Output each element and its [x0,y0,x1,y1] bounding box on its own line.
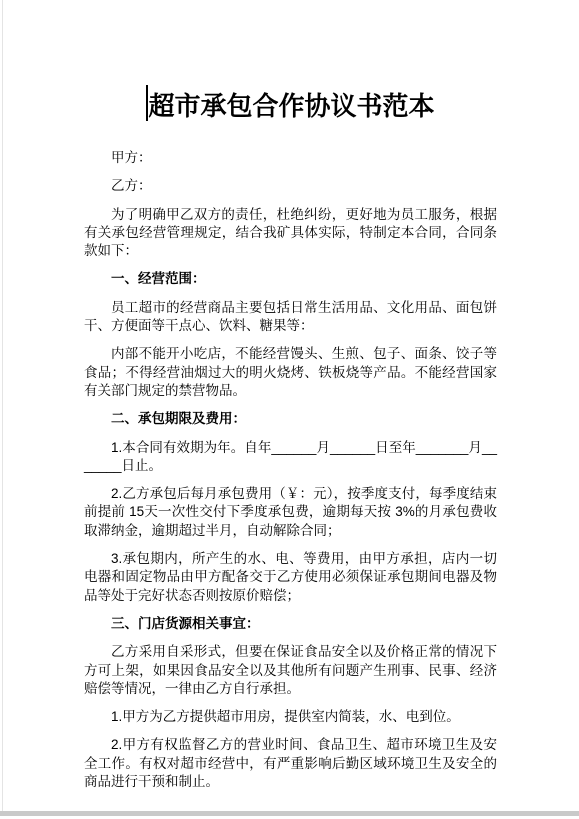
document-title[interactable]: 超市承包合作协议书范本 [84,85,497,123]
section-2-clause-3[interactable]: 3.承包期内，所产生的水、电、等费用，由甲方承担，店内一切电器和固定物品由甲方配… [84,550,497,605]
section-1-heading[interactable]: 一、经营范围： [84,270,497,288]
section-3-heading[interactable]: 三、门店货源相关事宜： [84,615,497,633]
section-3-clause-1[interactable]: 1.甲方为乙方提供超市用房，提供室内简装，水、电到位。 [84,708,497,726]
section-3-paragraph-1[interactable]: 乙方采用自采形式，但要在保证食品安全以及价格正常的情况下方可上架，如果因食品安全… [84,643,497,698]
section-1-paragraph-2[interactable]: 内部不能开小吃店，不能经营馒头、生煎、包子、面条、饺子等食品；不得经营油烟过大的… [84,345,497,400]
document-content[interactable]: 超市承包合作协议书范本 甲方： 乙方： 为了明确甲乙双方的责任，杜绝纠纷，更好地… [84,85,497,801]
section-1-paragraph-1[interactable]: 员工超市的经营商品主要包括日常生活用品、文化用品、面包饼干、方便面等干点心、饮料… [84,299,497,336]
page-left-edge [2,0,3,811]
document-page[interactable]: 超市承包合作协议书范本 甲方： 乙方： 为了明确甲乙双方的责任，杜绝纠纷，更好地… [0,0,579,819]
section-2-heading[interactable]: 二、承包期限及费用： [84,410,497,428]
section-2-clause-1[interactable]: 1.本合同有效期为年。自年______月______日至年_______月___… [84,439,497,476]
party-b-line[interactable]: 乙方： [84,177,497,195]
page-bottom-edge [0,811,579,816]
section-3-clause-2[interactable]: 2.甲方有权监督乙方的营业时间、食品卫生、超市环境卫生及安全工作。有权对超市经营… [84,736,497,791]
party-a-line[interactable]: 甲方： [84,149,497,167]
document-title-text: 超市承包合作协议书范本 [148,91,434,121]
section-2-clause-2[interactable]: 2.乙方承包后每月承包费用（￥：元），按季度支付，每季度结束前提前 15天一次性… [84,485,497,540]
intro-paragraph[interactable]: 为了明确甲乙双方的责任，杜绝纠纷，更好地为员工服务，根据有关承包经营管理规定，结… [84,206,497,261]
